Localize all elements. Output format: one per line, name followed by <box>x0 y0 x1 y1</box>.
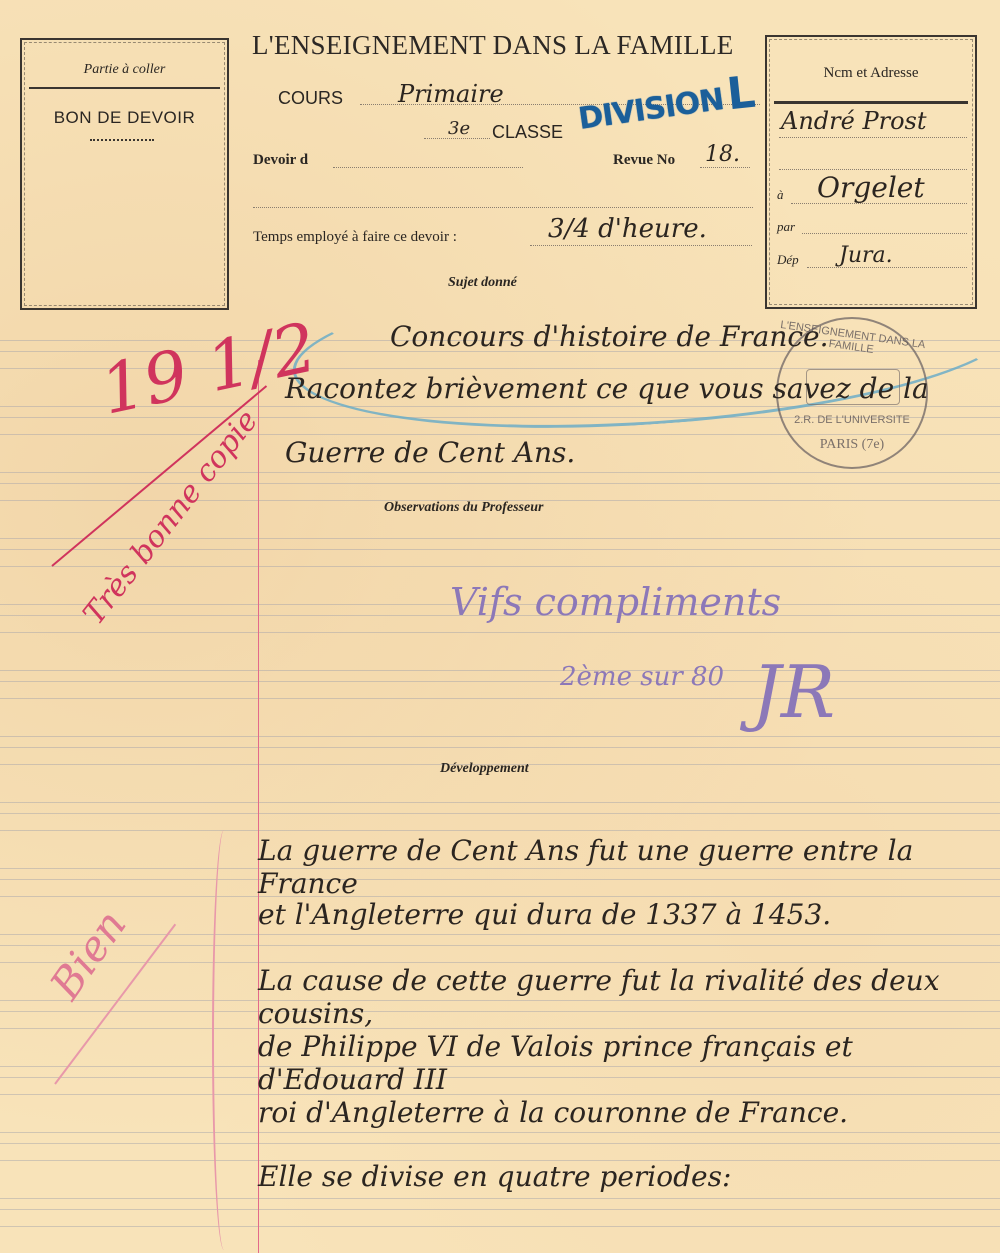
temps-label: Temps employé à faire ce devoir : <box>253 229 457 246</box>
development-line-6: Elle se divise en quatre periodes: <box>258 1160 731 1193</box>
name-dotline <box>779 137 967 138</box>
paste-label: Partie à coller <box>22 62 227 78</box>
form-title: L'ENSEIGNEMENT DANS LA FAMILLE <box>252 30 734 61</box>
paste-rule <box>29 87 220 89</box>
a-label: à <box>777 187 784 203</box>
name-address-heading: Ncm et Adresse <box>767 65 975 82</box>
student-name: André Prost <box>781 107 927 135</box>
classe-label: CLASSE <box>492 122 563 143</box>
rank: 2ème sur 80 <box>560 662 724 692</box>
blank-dotline-2 <box>779 169 967 170</box>
bon-de-devoir-title: BON DE DEVOIR <box>22 108 227 128</box>
classe-value: 3e <box>448 118 470 139</box>
observations-label: Observations du Professeur <box>384 500 543 516</box>
cours-value: Primaire <box>398 80 504 108</box>
subject-line-2: Racontez brièvement ce que vous savez de… <box>285 372 929 405</box>
postmark-middle: 2.R. DE L'UNIVERSITE <box>778 414 926 426</box>
town: Orgelet <box>817 171 925 204</box>
heading-rule <box>774 101 968 104</box>
par-dotline <box>802 233 967 234</box>
ornament-squiggle <box>90 136 154 141</box>
subject-line-3: Guerre de Cent Ans. <box>285 436 575 469</box>
revue-dotline <box>700 167 750 168</box>
blank-dotline <box>253 207 753 208</box>
development-line-4: de Philippe VI de Valois prince français… <box>258 1030 1000 1096</box>
revue-value: 18. <box>705 142 740 167</box>
division-stamp: DIVISION <box>576 82 725 137</box>
development-line-3: La cause de cette guerre fut la rivalité… <box>258 964 1000 1030</box>
temps-value: 3/4 d'heure. <box>548 214 707 244</box>
devoir-dotline <box>333 167 523 168</box>
development-line-2: et l'Angleterre qui dura de 1337 à 1453. <box>258 898 831 931</box>
par-label: par <box>777 219 795 235</box>
revue-label: Revue No <box>613 152 675 169</box>
temps-dotline <box>530 245 752 246</box>
postmark-bottom: PARIS (7e) <box>778 437 926 453</box>
bon-de-devoir-box: Partie à coller BON DE DEVOIR <box>20 38 229 310</box>
teacher-comment: Vifs compliments <box>450 580 781 624</box>
cours-label: COURS <box>278 88 343 109</box>
devoir-label: Devoir d <box>253 152 308 169</box>
development-line-5: roi d'Angleterre à la couronne de France… <box>258 1096 848 1129</box>
teacher-initials: JR <box>752 650 835 734</box>
subject-line-1: Concours d'histoire de France. <box>390 320 829 353</box>
development-label: Développement <box>440 761 529 777</box>
departement: Jura. <box>839 243 893 268</box>
development-line-1: La guerre de Cent Ans fut une guerre ent… <box>258 834 1000 900</box>
division-letter-stamp: L <box>724 67 757 121</box>
pink-bracket <box>212 830 236 1250</box>
